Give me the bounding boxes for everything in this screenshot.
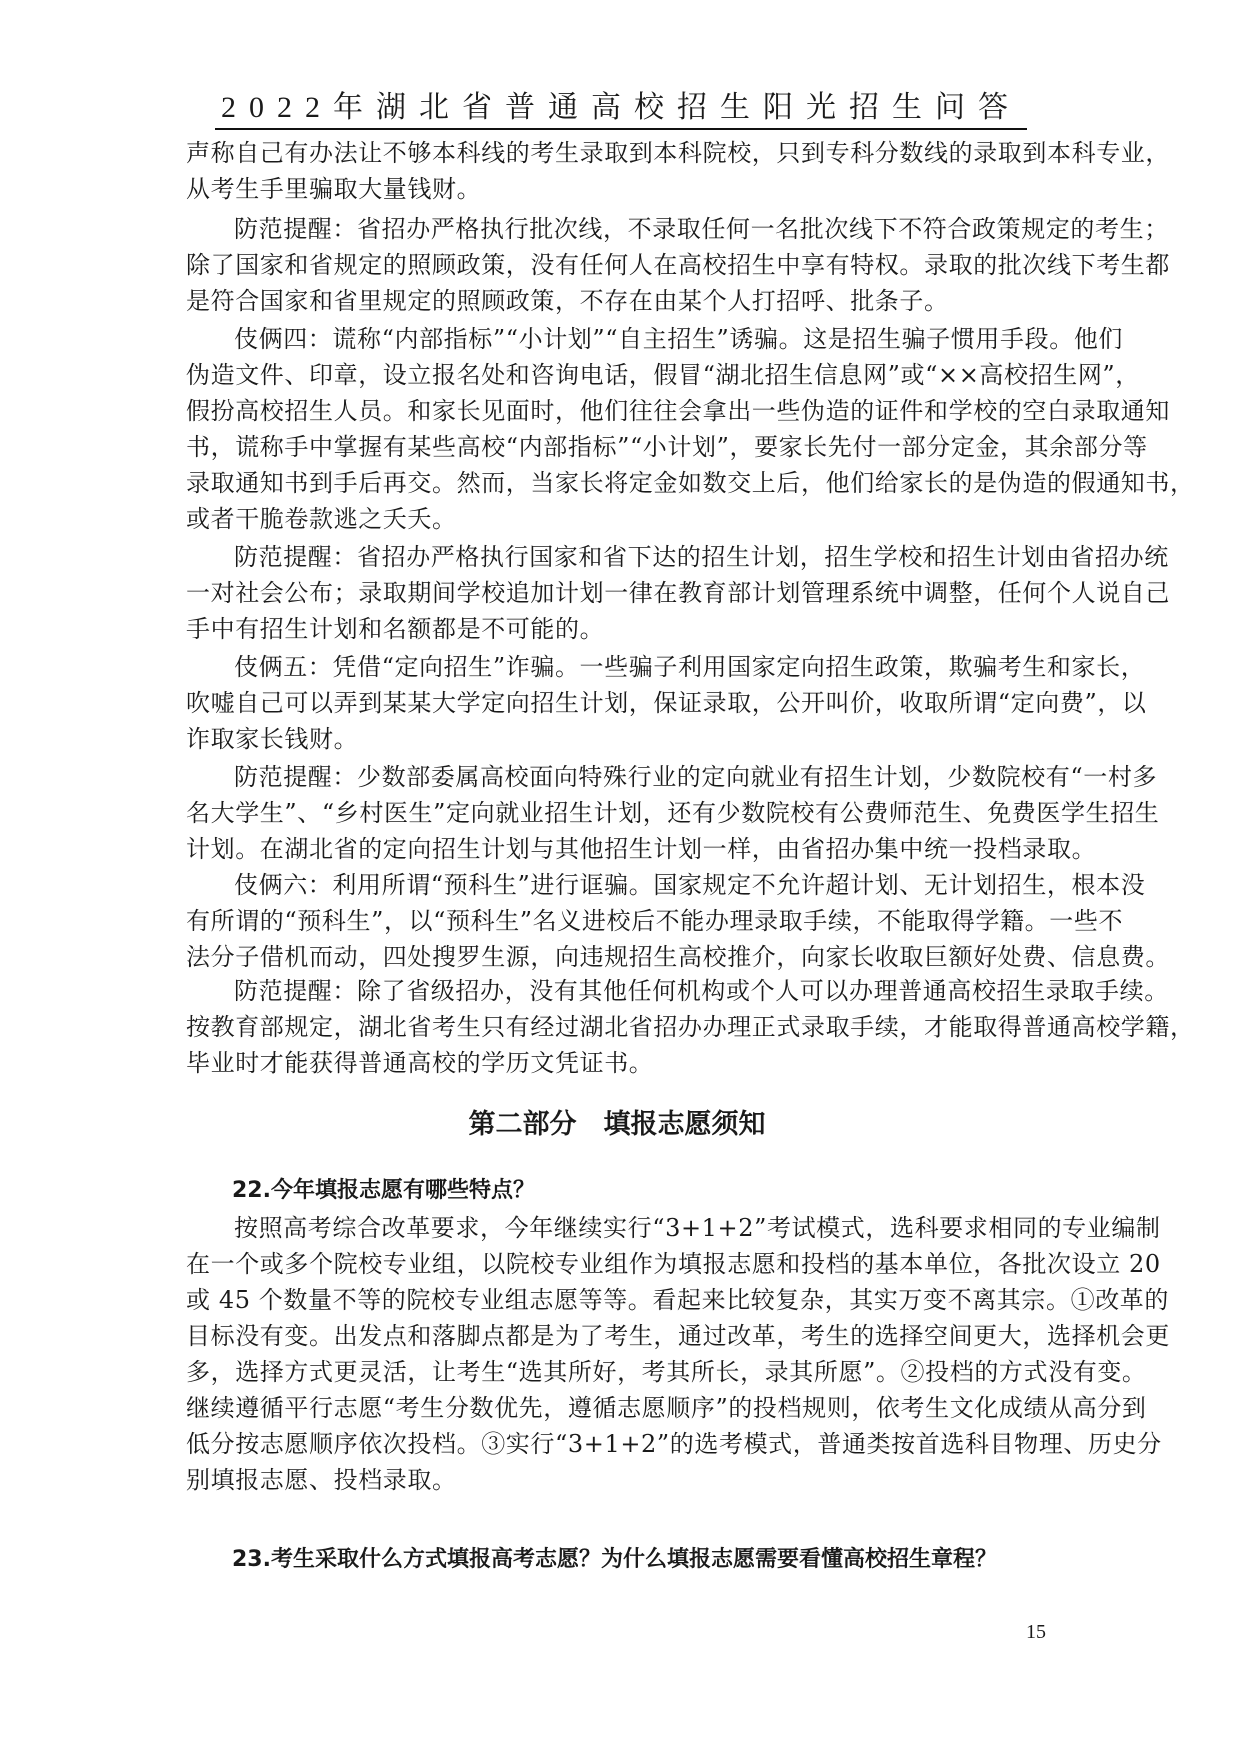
question-heading-23: 23.考生采取什么方式填报高考志愿？为什么填报志愿需要看懂高校招生章程？ — [232, 1545, 997, 1575]
text-line: 一对社会公布；录取期间学校追加计划一律在教育部计划管理系统中调整，任何个人说自己 — [186, 578, 1048, 608]
paragraph-start: 按照高考综合改革要求，今年继续实行“3+1+2”考试模式，选科要求相同的专业编制 — [234, 1213, 1048, 1243]
text-line: 从考生手里骗取大量钱财。 — [186, 174, 1048, 204]
text-line: 伪造文件、印章，设立报名处和咨询电话，假冒“湖北招生信息网”或“××高校招生网”… — [186, 360, 1048, 390]
text-line: 别填报志愿、投档录取。 — [186, 1465, 1048, 1495]
text-line: 是符合国家和省里规定的照顾政策，不存在由某个人打招呼、批条子。 — [186, 286, 1048, 316]
text-line: 录取通知书到手后再交。然而，当家长将定金如数交上后，他们给家长的是伪造的假通知书… — [186, 468, 1048, 498]
text-line: 目标没有变。出发点和落脚点都是为了考生，通过改革，考生的选择空间更大，选择机会更 — [186, 1321, 1048, 1351]
text-line: 计划。在湖北省的定向招生计划与其他招生计划一样，由省招办集中统一投档录取。 — [186, 834, 1048, 864]
question-heading-22: 22.今年填报志愿有哪些特点？ — [232, 1176, 535, 1206]
text-line: 假扮高校招生人员。和家长见面时，他们往往会拿出一些伪造的证件和学校的空白录取通知 — [186, 396, 1048, 426]
text-line: 在一个或多个院校专业组，以院校专业组作为填报志愿和投档的基本单位，各批次设立 2… — [186, 1249, 1048, 1279]
text-line: 名大学生”、“乡村医生”定向就业招生计划，还有少数院校有公费师范生、免费医学生招… — [186, 798, 1048, 828]
text-line: 或者干脆卷款逃之夭夭。 — [186, 504, 1048, 534]
text-line: 低分按志愿顺序依次投档。③实行“3+1+2”的选考模式，普通类按首选科目物理、历… — [186, 1429, 1048, 1459]
text-line: 或 45 个数量不等的院校专业组志愿等等。看起来比较复杂，其实万变不离其宗。①改… — [186, 1285, 1048, 1315]
text-line: 手中有招生计划和名额都是不可能的。 — [186, 614, 1048, 644]
paragraph-start: 防范提醒：省招办严格执行国家和省下达的招生计划，招生学校和招生计划由省招办统 — [234, 542, 1048, 572]
paragraph-start: 伎俩六：利用所谓“预科生”进行诓骗。国家规定不允许超计划、无计划招生，根本没 — [234, 870, 1048, 900]
page-number: 15 — [1026, 1621, 1046, 1644]
paragraph-start: 防范提醒：省招办严格执行批次线，不录取任何一名批次线下不符合政策规定的考生； — [234, 214, 1048, 244]
text-line: 除了国家和省规定的照顾政策，没有任何人在高校招生中享有特权。录取的批次线下考生都 — [186, 250, 1048, 280]
text-line: 按教育部规定，湖北省考生只有经过湖北省招办办理正式录取手续，才能取得普通高校学籍… — [186, 1012, 1048, 1042]
section-heading: 第二部分 填报志愿须知 — [186, 1107, 1048, 1143]
text-line: 诈取家长钱财。 — [186, 724, 1048, 754]
text-line: 多，选择方式更灵活，让考生“选其所好，考其所长，录其所愿”。②投档的方式没有变。 — [186, 1357, 1048, 1387]
text-line: 吹嘘自己可以弄到某某大学定向招生计划，保证录取，公开叫价，收取所谓“定向费”，以 — [186, 688, 1048, 718]
text-line: 继续遵循平行志愿“考生分数优先，遵循志愿顺序”的投档规则，依考生文化成绩从高分到 — [186, 1393, 1048, 1423]
paragraph-start: 伎俩四：谎称“内部指标”“小计划”“自主招生”诱骗。这是招生骗子惯用手段。他们 — [234, 324, 1048, 354]
document-title: 2022年湖北省普通高校招生阳光招生问答 — [221, 91, 1021, 124]
text-line: 有所谓的“预科生”，以“预科生”名义进校后不能办理录取手续，不能取得学籍。一些不 — [186, 906, 1048, 936]
text-line: 书，谎称手中掌握有某些高校“内部指标”“小计划”，要家长先付一部分定金，其余部分… — [186, 432, 1048, 462]
text-line: 法分子借机而动，四处搜罗生源，向违规招生高校推介，向家长收取巨额好处费、信息费。 — [186, 942, 1048, 972]
text-line: 声称自己有办法让不够本科线的考生录取到本科院校，只到专科分数线的录取到本科专业， — [186, 138, 1048, 168]
paragraph-start: 防范提醒：少数部委属高校面向特殊行业的定向就业有招生计划，少数院校有“一村多 — [234, 762, 1048, 792]
paragraph-start: 防范提醒：除了省级招办，没有其他任何机构或个人可以办理普通高校招生录取手续。 — [234, 976, 1048, 1006]
paragraph-start: 伎俩五：凭借“定向招生”诈骗。一些骗子利用国家定向招生政策，欺骗考生和家长， — [234, 652, 1048, 682]
text-line: 毕业时才能获得普通高校的学历文凭证书。 — [186, 1048, 1048, 1078]
running-header: 2022年湖北省普通高校招生阳光招生问答 — [215, 88, 1027, 130]
